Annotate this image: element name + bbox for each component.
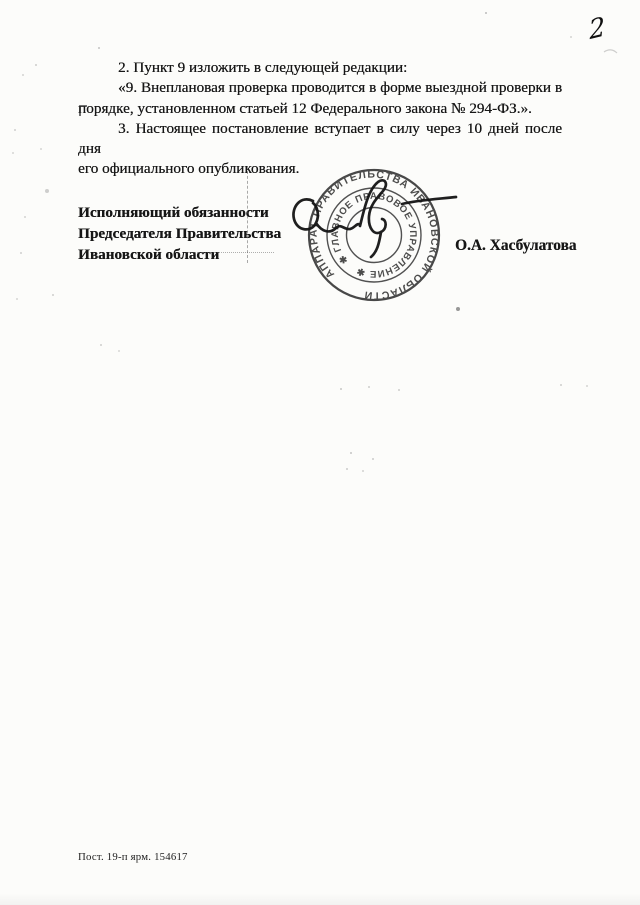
body-line: «9. Внеплановая проверка проводится в фо… (78, 78, 562, 98)
signatory-title-line: Председателя Правительства (78, 223, 281, 244)
document-body: 2. Пункт 9 изложить в следующей редакции… (78, 58, 562, 180)
body-line: 3. Настоящее постановление вступает в си… (78, 119, 562, 160)
signatory-title-line: Исполняющий обязанности (78, 202, 281, 223)
official-stamp: АППАРАТ ПРАВИТЕЛЬСТВА ИВАНОВСКОЙ ОБЛАСТИ… (308, 169, 441, 302)
body-line: его официального опубликования. (78, 159, 562, 179)
signatory-title-line: Ивановской области (78, 244, 281, 265)
signatory-name: О.А. Хасбулатова (455, 237, 577, 255)
signature (293, 180, 456, 257)
body-line: 2. Пункт 9 изложить в следующей редакции… (78, 58, 562, 78)
stamp-outer-text: АППАРАТ ПРАВИТЕЛЬСТВА ИВАНОВСКОЙ ОБЛАСТИ (308, 169, 441, 302)
body-line: порядке, установленном статьей 12 Федера… (78, 99, 562, 119)
scan-noise-speckles (0, 0, 2, 2)
scanned-document-page: 2 2. Пункт 9 изложить в следующей редакц… (0, 0, 640, 905)
pencil-squiggle (604, 50, 617, 53)
handwritten-page-number: 2 (588, 14, 606, 44)
stamp-inner-text: ✱ ГЛАВНОЕ ПРАВОВОЕ УПРАВЛЕНИЕ ✱ (330, 191, 418, 279)
footer-note: Пост. 19-п ярм. 154617 (78, 851, 188, 863)
signatory-title: Исполняющий обязанности Председателя Пра… (78, 202, 281, 265)
fold-mark-vertical (247, 166, 248, 263)
dotted-scan-mark (186, 252, 274, 253)
